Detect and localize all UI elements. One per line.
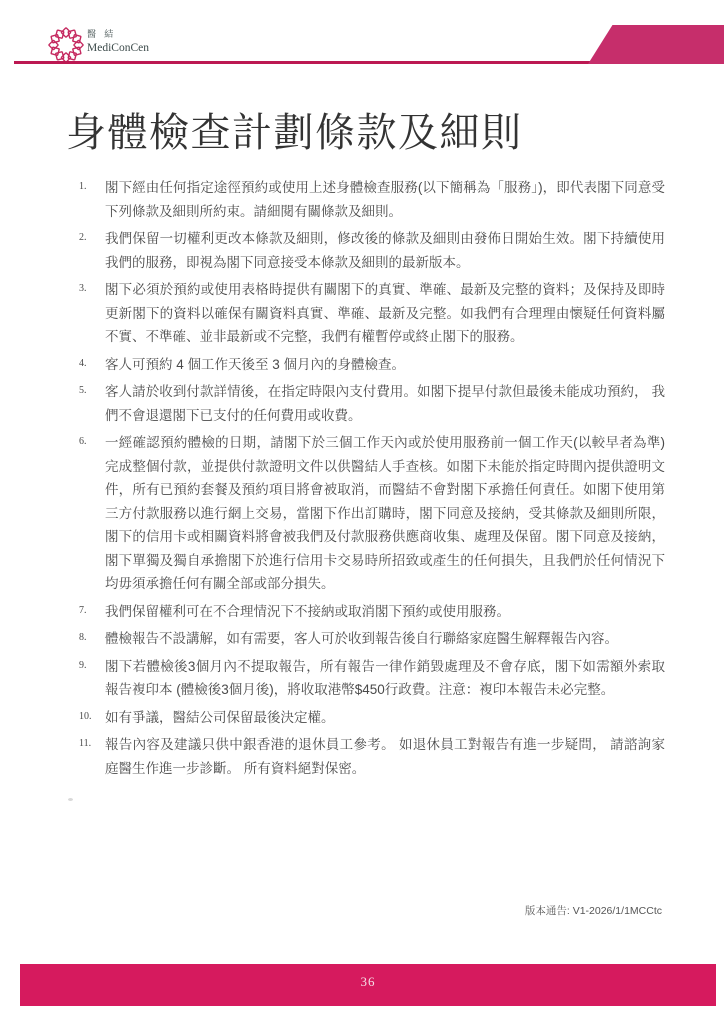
header-accent-band — [588, 25, 724, 64]
logo-chinese-name: 醫 結 — [87, 30, 149, 39]
term-number: 1. — [79, 176, 105, 223]
term-item: 8. 體檢報告不設講解，如有需要，客人可於收到報告後自行聯絡家庭醫生解釋報告內容… — [79, 627, 665, 651]
term-number: 2. — [79, 227, 105, 274]
term-item: 11. 報告內容及建議只供中銀香港的退休員工參考。 如退休員工對報告有進一步疑問… — [79, 733, 665, 780]
terms-list: 1. 閣下經由任何指定途徑預約或使用上述身體檢查服務(以下簡稱為「服務」)，即代… — [79, 176, 665, 784]
term-number: 11. — [79, 733, 105, 780]
term-number: 3. — [79, 278, 105, 349]
scan-artifact-dot — [68, 798, 73, 801]
footer-bar: 36 — [20, 964, 716, 1006]
term-item: 2. 我們保留一切權利更改本條款及細則，修改後的條款及細則由發佈日開始生效。閣下… — [79, 227, 665, 274]
term-number: 6. — [79, 431, 105, 596]
term-text: 客人請於收到付款詳情後，在指定時限內支付費用。如閣下提早付款但最後未能成功預約，… — [105, 380, 665, 427]
term-text: 如有爭議，醫結公司保留最後決定權。 — [105, 706, 665, 730]
term-number: 7. — [79, 600, 105, 624]
page-title: 身體檢查計劃條款及細則 — [66, 101, 523, 158]
version-note: 版本通告: V1-2026/1/1MCCtc — [525, 903, 662, 918]
term-item: 6. 一經確認預約體檢的日期，請閣下於三個工作天內或於使用服務前一個工作天(以較… — [79, 431, 665, 596]
term-item: 9. 閣下若體檢後3個月內不提取報告，所有報告一律作銷毀處理及不會存底，閣下如需… — [79, 655, 665, 702]
term-text: 報告內容及建議只供中銀香港的退休員工參考。 如退休員工對報告有進一步疑問， 請諮… — [105, 733, 665, 780]
term-number: 9. — [79, 655, 105, 702]
page-number: 36 — [361, 974, 376, 990]
term-text: 閣下必須於預約或使用表格時提供有關閣下的真實、準確、最新及完整的資料；及保持及即… — [105, 278, 665, 349]
term-text: 我們保留一切權利更改本條款及細則，修改後的條款及細則由發佈日開始生效。閣下持續使… — [105, 227, 665, 274]
term-number: 5. — [79, 380, 105, 427]
term-text: 體檢報告不設講解，如有需要，客人可於收到報告後自行聯絡家庭醫生解釋報告內容。 — [105, 627, 665, 651]
term-text: 閣下經由任何指定途徑預約或使用上述身體檢查服務(以下簡稱為「服務」)，即代表閣下… — [105, 176, 665, 223]
term-item: 1. 閣下經由任何指定途徑預約或使用上述身體檢查服務(以下簡稱為「服務」)，即代… — [79, 176, 665, 223]
term-item: 5. 客人請於收到付款詳情後，在指定時限內支付費用。如閣下提早付款但最後未能成功… — [79, 380, 665, 427]
term-text: 閣下若體檢後3個月內不提取報告，所有報告一律作銷毀處理及不會存底，閣下如需額外索… — [105, 655, 665, 702]
term-item: 4. 客人可預約 4 個工作天後至 3 個月內的身體檢查。 — [79, 353, 665, 377]
term-number: 8. — [79, 627, 105, 651]
term-number: 10. — [79, 706, 105, 730]
knot-logo-icon — [48, 27, 84, 63]
term-text: 一經確認預約體檢的日期，請閣下於三個工作天內或於使用服務前一個工作天(以較早者為… — [105, 431, 665, 596]
term-text: 客人可預約 4 個工作天後至 3 個月內的身體檢查。 — [105, 353, 665, 377]
logo-english-name: MediConCen — [87, 43, 149, 55]
logo-text: 醫 結 MediConCen — [87, 30, 149, 55]
term-item: 10. 如有爭議，醫結公司保留最後決定權。 — [79, 706, 665, 730]
mediconcen-logo: 醫 結 MediConCen — [48, 27, 149, 63]
term-item: 7. 我們保留權利可在不合理情況下不接納或取消閣下預約或使用服務。 — [79, 600, 665, 624]
term-item: 3. 閣下必須於預約或使用表格時提供有關閣下的真實、準確、最新及完整的資料；及保… — [79, 278, 665, 349]
document-page: 醫 結 MediConCen 身體檢查計劃條款及細則 1. 閣下經由任何指定途徑… — [0, 0, 724, 1024]
term-number: 4. — [79, 353, 105, 377]
term-text: 我們保留權利可在不合理情況下不接納或取消閣下預約或使用服務。 — [105, 600, 665, 624]
